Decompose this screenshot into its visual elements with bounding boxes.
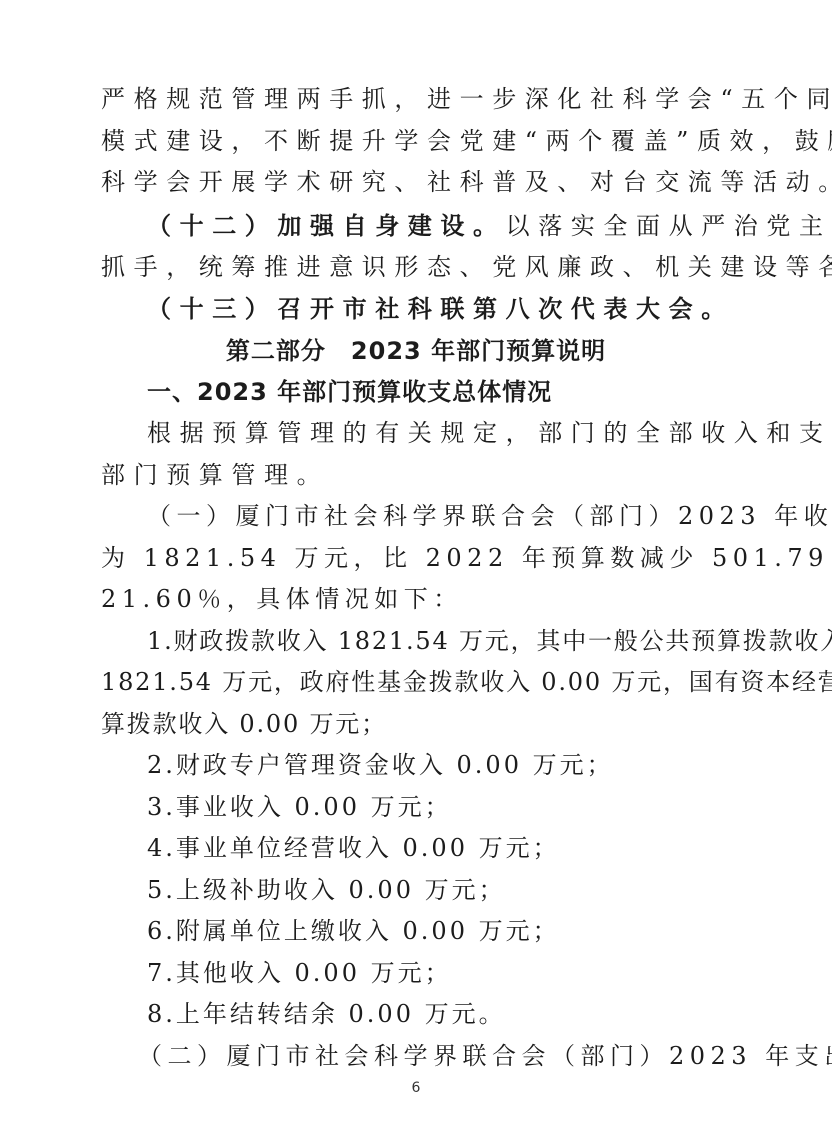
page-number: 6	[0, 1080, 832, 1096]
section-one-intro-line2: 部门预算管理。	[101, 460, 741, 490]
income-item-1-line3: 算拨款收入 0.00 万元；	[101, 709, 741, 739]
income-item-7: 7.其他收入 0.00 万元；	[147, 958, 787, 988]
document-page: 严格规范管理两手抓，进一步深化社科学会“五个同步+”党建 模式建设，不断提升学会…	[0, 0, 832, 1148]
income-item-2: 2.财政专户管理资金收入 0.00 万元；	[147, 750, 787, 780]
item-12-line2: 抓手，统筹推进意识形态、党风廉政、机关建设等各项工作。	[101, 252, 741, 282]
income-line3: 21.60％，具体情况如下：	[101, 584, 741, 614]
item-12-label: （十二）加强自身建设。	[147, 212, 506, 240]
income-item-5: 5.上级补助收入 0.00 万元；	[147, 875, 787, 905]
paragraph-line: 严格规范管理两手抓，进一步深化社科学会“五个同步+”党建	[101, 84, 741, 114]
section-one-heading: 一、2023 年部门预算收支总体情况	[147, 377, 787, 407]
income-item-1-line1: 1.财政拨款收入 1821.54 万元，其中一般公共预算拨款收入	[147, 626, 787, 656]
paragraph-line: 模式建设，不断提升学会党建“两个覆盖”质效，鼓励支持社	[101, 126, 741, 156]
expenditure-line1: （二）厦门市社会科学界联合会（部门）2023 年支出预算	[138, 1041, 778, 1071]
item-12-line1: （十二）加强自身建设。以落实全面从严治党主体责任为	[147, 211, 787, 241]
item-13-label: （十三）召开市社科联第八次代表大会。	[147, 294, 787, 324]
income-item-3: 3.事业收入 0.00 万元；	[147, 792, 787, 822]
income-line2: 为 1821.54 万元，比 2022 年预算数减少 501.79 万元，下降	[101, 543, 741, 573]
income-item-4: 4.事业单位经营收入 0.00 万元；	[147, 833, 787, 863]
income-item-1-line2: 1821.54 万元，政府性基金拨款收入 0.00 万元，国有资本经营预	[101, 667, 741, 697]
income-line1: （一）厦门市社会科学界联合会（部门）2023 年收入预算	[147, 501, 787, 531]
item-12-text: 以落实全面从严治党主体责任为	[506, 212, 832, 240]
part-two-title: 第二部分 2023 年部门预算说明	[0, 336, 832, 366]
income-item-8: 8.上年结转结余 0.00 万元。	[147, 999, 787, 1029]
income-item-6: 6.附属单位上缴收入 0.00 万元；	[147, 916, 787, 946]
paragraph-line: 科学会开展学术研究、社科普及、对台交流等活动。	[101, 167, 741, 197]
section-one-intro-line1: 根据预算管理的有关规定，部门的全部收入和支出均纳入	[147, 418, 787, 448]
